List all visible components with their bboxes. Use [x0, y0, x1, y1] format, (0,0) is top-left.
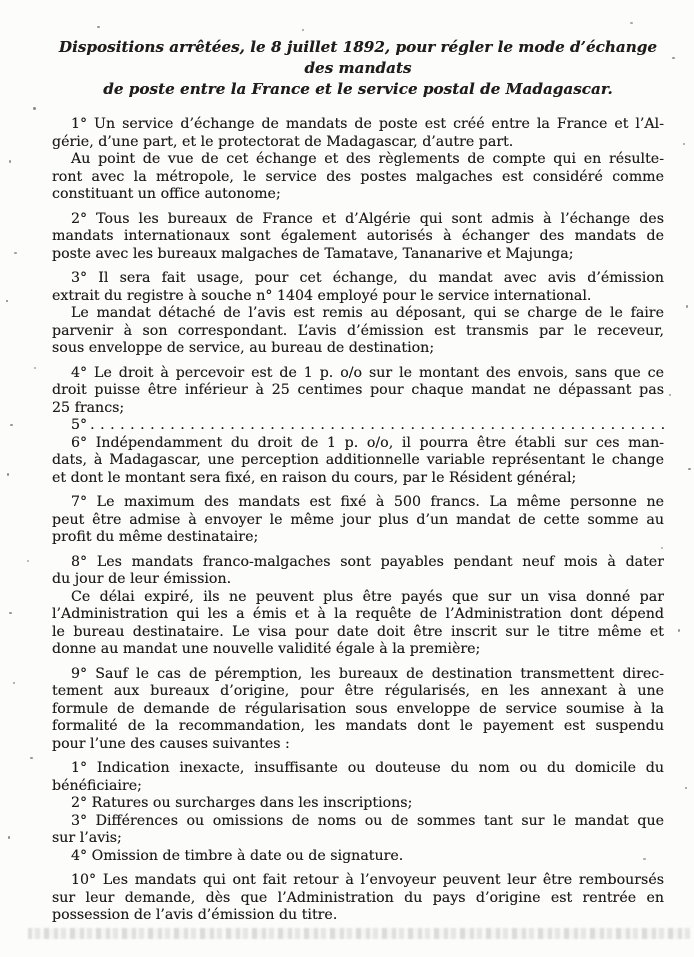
- ink-speck: [34, 367, 36, 369]
- ink-speck: [661, 547, 663, 549]
- ink-speck: [669, 394, 671, 396]
- ink-speck: [643, 858, 646, 860]
- paragraph: 2° Ratures ou surcharges dans les inscri…: [52, 795, 664, 813]
- ink-speck: [659, 218, 662, 220]
- paragraph: 5°......................................…: [52, 417, 664, 435]
- ink-speck: [27, 560, 29, 562]
- ink-speck: [97, 26, 100, 28]
- text-line: peut être admise à envoyer le même jour …: [52, 512, 664, 530]
- paragraph: 10° Les mandats qui ont fait retour à l’…: [52, 872, 664, 925]
- ink-speck: [30, 757, 33, 759]
- ink-speck: [302, 29, 304, 31]
- paragraph: Le mandat détaché de l’avis est remis au…: [52, 305, 664, 358]
- text-line: 1° Un service d’échange de mandats de po…: [52, 116, 664, 134]
- text-line: 3° Il sera fait usage, pour cet échange,…: [52, 270, 664, 288]
- paragraph: 4° Omission de timbre à date ou de signa…: [52, 848, 664, 866]
- document-title-line2: de poste entre la France et le service p…: [52, 79, 664, 100]
- text-line: 9° Sauf le cas de péremption, les bureau…: [52, 666, 664, 684]
- text-line: formule de demande de régularisation sou…: [52, 701, 664, 719]
- ink-speck: [630, 22, 633, 24]
- paragraph: 1° Indication inexacte, insuffisante ou …: [52, 760, 664, 795]
- text-line: bénéficiaire;: [52, 778, 664, 796]
- paragraph: 2° Tous les bureaux de France et d’Algér…: [52, 211, 664, 264]
- ink-speck: [683, 143, 685, 145]
- ink-speck: [10, 424, 13, 426]
- paragraph: Ce délai expiré, ils ne peuvent plus êtr…: [52, 589, 664, 659]
- text-line: 2° Tous les bureaux de France et d’Algér…: [52, 211, 664, 229]
- text-line: Ce délai expiré, ils ne peuvent plus êtr…: [52, 589, 664, 607]
- paragraph: 8° Les mandats franco-malgaches sont pay…: [52, 554, 664, 589]
- text-line: poste avec les bureaux malgaches de Tama…: [52, 246, 664, 264]
- text-line: 8° Les mandats franco-malgaches sont pay…: [52, 554, 664, 572]
- paragraph: 3° Il sera fait usage, pour cet échange,…: [52, 270, 664, 305]
- text-line: Le mandat détaché de l’avis est remis au…: [52, 305, 664, 323]
- text-line: profit du même destinataire;: [52, 529, 664, 547]
- paragraph: 7° Le maximum des mandats est fixé à 500…: [52, 494, 664, 547]
- ink-speck: [14, 252, 17, 254]
- text-line: dats, à Madagascar, une perception addit…: [52, 452, 664, 470]
- text-line: droit puisse être inférieur à 25 centime…: [52, 382, 664, 400]
- ink-speck: [686, 305, 688, 308]
- text-line: sur leur demande, dès que l’Administrati…: [52, 890, 664, 908]
- text-line: l’Administration qui les a émis et à la …: [52, 606, 664, 624]
- text-line: 1° Indication inexacte, insuffisante ou …: [52, 760, 664, 778]
- text-line: pour l’une des causes suivantes :: [52, 736, 664, 754]
- text-line: 10° Les mandats qui ont fait retour à l’…: [52, 872, 664, 890]
- text-line: sous enveloppe de service, au bureau de …: [52, 340, 664, 358]
- text-line: mandats internationaux sont également au…: [52, 228, 664, 246]
- ink-speck: [7, 473, 9, 476]
- ink-speck: [6, 300, 8, 302]
- text-line: parvenir à son correspondant. L’avis d’é…: [52, 323, 664, 341]
- text-line: 6° Indépendamment du droit de 1 p. o/o, …: [52, 435, 664, 453]
- text-line: extrait du registre à souche n° 1404 emp…: [52, 288, 664, 306]
- ink-speck: [685, 787, 687, 789]
- text-line: et dont le montant sera fixé, en raison …: [52, 470, 664, 488]
- document-title: Dispositions arrêtées, le 8 juillet 1892…: [52, 37, 664, 100]
- paragraph: 1° Un service d’échange de mandats de po…: [52, 116, 664, 151]
- text-line: gérie, d’une part, et le protectorat de …: [52, 134, 664, 152]
- ink-speck: [13, 682, 15, 684]
- document-title-line1: Dispositions arrêtées, le 8 juillet 1892…: [52, 37, 664, 79]
- ink-speck: [9, 160, 11, 163]
- paragraph: 6° Indépendamment du droit de 1 p. o/o, …: [52, 435, 664, 488]
- paragraph: Au point de vue de cet échange et des rè…: [52, 151, 664, 204]
- text-line: 25 francs;: [52, 400, 664, 418]
- ink-speck: [8, 836, 10, 839]
- bleed-through-band: [28, 928, 690, 939]
- paragraph: 4° Le droit à percevoir est de 1 p. o/o …: [52, 365, 664, 418]
- text-line: du jour de leur émission.: [52, 571, 664, 589]
- text-line: ront avec la métropole, le service des p…: [52, 169, 664, 187]
- text-line: formalité de la recommandation, les mand…: [52, 718, 664, 736]
- text-line: donne au mandat une nouvelle validité ég…: [52, 641, 664, 659]
- text-line: constituant un office autonome;: [52, 186, 664, 204]
- text-line: tement aux bureaux d’origine, pour être …: [52, 683, 664, 701]
- text-line: possession de l’avis d’émission du titre…: [52, 907, 664, 925]
- scanned-document-page: Dispositions arrêtées, le 8 juillet 1892…: [0, 0, 694, 957]
- ink-speck: [672, 57, 675, 59]
- ellipsis-dots: ........................................…: [90, 417, 664, 435]
- text-line: 4° Le droit à percevoir est de 1 p. o/o …: [52, 365, 664, 383]
- document-body: 1° Un service d’échange de mandats de po…: [52, 116, 664, 939]
- ink-speck: [678, 629, 680, 632]
- text-line: le bureau destinataire. Le visa pour dat…: [52, 624, 664, 642]
- item-label: 5°: [71, 417, 87, 435]
- paragraph: 9° Sauf le cas de péremption, les bureau…: [52, 666, 664, 754]
- ink-speck: [688, 468, 691, 470]
- paragraph: 3° Différences ou omissions de noms ou d…: [52, 813, 664, 848]
- text-line: 2° Ratures ou surcharges dans les inscri…: [52, 795, 664, 813]
- text-line: 7° Le maximum des mandats est fixé à 500…: [52, 494, 664, 512]
- text-line: sur l’avis;: [52, 830, 664, 848]
- text-line: 3° Différences ou omissions de noms ou d…: [52, 813, 664, 831]
- ink-speck: [652, 705, 655, 707]
- text-line: Au point de vue de cet échange et des rè…: [52, 151, 664, 169]
- ink-speck: [9, 612, 12, 614]
- text-line: 4° Omission de timbre à date ou de signa…: [52, 848, 664, 866]
- ink-speck: [33, 107, 36, 110]
